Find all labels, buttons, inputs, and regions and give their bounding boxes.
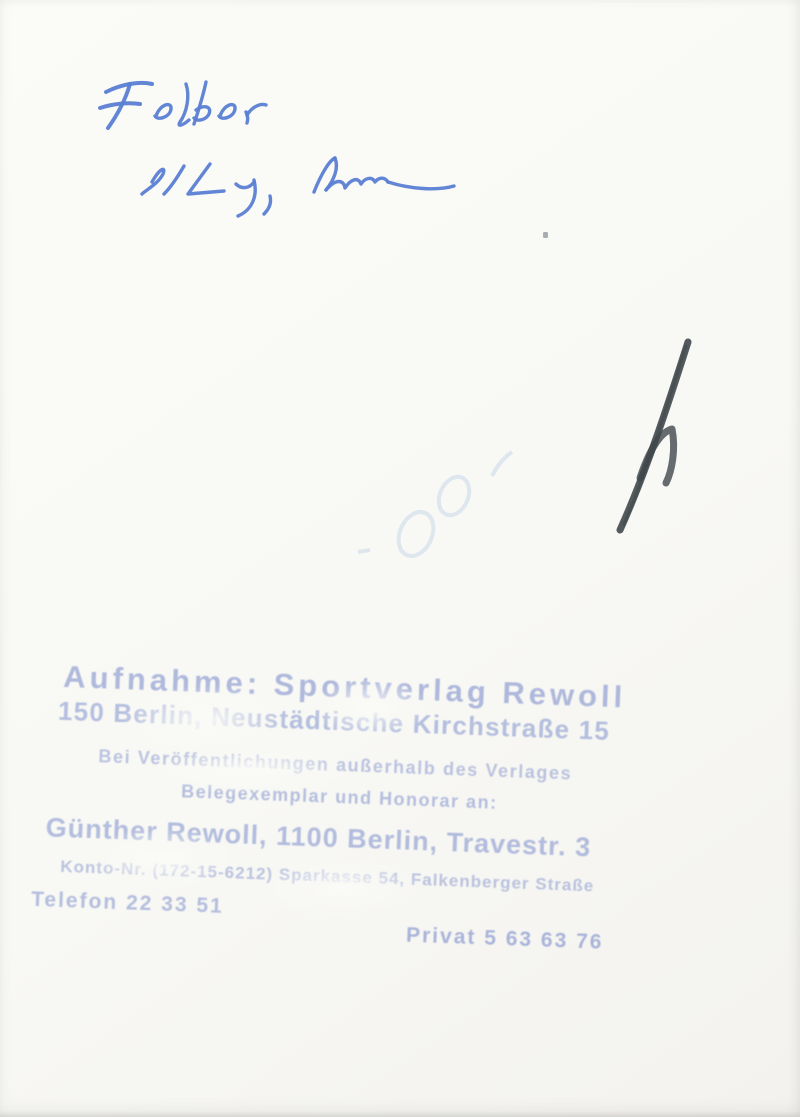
photographer-stamp: Aufnahme: Sportverlag Rewoll 150 Berlin,… (29, 658, 740, 993)
handwriting-note (132, 152, 462, 222)
pencil-slash-strokes (620, 342, 688, 530)
handwriting-note-strokes (142, 158, 454, 216)
stamp-copy-note-line: Belegexemplar und Honorar an: (181, 781, 498, 814)
scan-speck (543, 232, 548, 238)
stamp-phone-line: Telefon 22 33 51 (31, 888, 224, 919)
pencil-slash-mark (600, 330, 710, 540)
photo-verso-scan: Aufnahme: Sportverlag Rewoll 150 Berlin,… (0, 0, 800, 1117)
stamp-owner-line: Günther Rewoll, 1100 Berlin, Travestr. 3 (45, 812, 591, 863)
stamp-bank-line: Konto-Nr. (172-15-6212) Sparkasse 54, Fa… (60, 857, 595, 897)
stamp-usage-note-line: Bei Veröffentlichungen außerhalb des Ver… (98, 746, 573, 784)
ghost-digits-strokes (358, 452, 512, 562)
handwriting-name-strokes (100, 82, 266, 128)
ghost-digits-mark (350, 440, 540, 580)
handwriting-name (100, 78, 270, 136)
stamp-private-phone-line: Privat 5 63 63 76 (406, 924, 604, 955)
scan-bottom-edge (0, 1111, 800, 1117)
